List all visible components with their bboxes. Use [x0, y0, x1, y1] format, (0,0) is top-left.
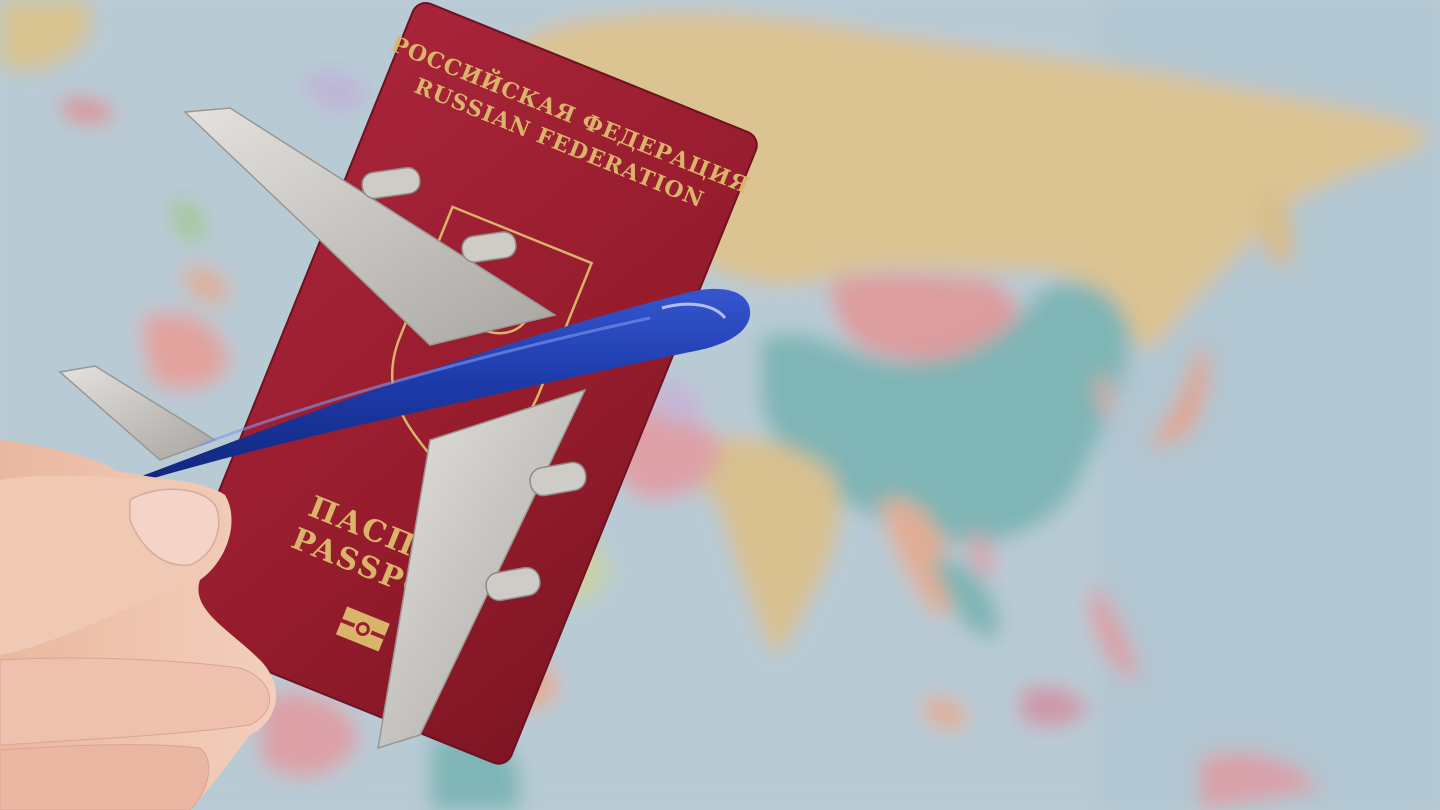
photo-scene: РОССИЙСКАЯ ФЕДЕРАЦИЯ RUSSIAN FEDERATION … — [0, 0, 1440, 810]
